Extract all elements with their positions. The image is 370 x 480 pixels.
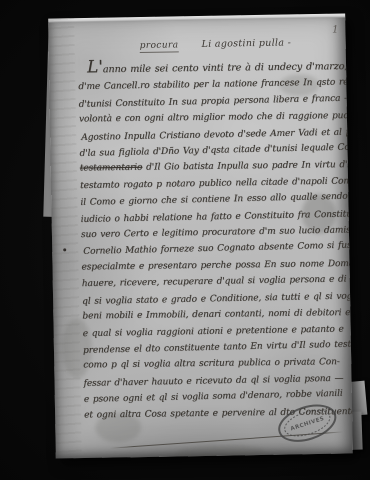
manuscript-line: L'anno mile sei cento vinti tre à di und… [78,56,344,79]
procura-label: procura [140,40,179,53]
page-number: 1 [332,25,339,36]
struck-word: testamentario [80,163,143,174]
header-title: Li agostini pulla - [201,37,291,50]
manuscript-page: 1 procura Li agostini pulla - L'anno mil… [48,13,353,458]
margin-bullet [63,248,66,251]
header: procura Li agostini pulla - [139,30,291,52]
manuscript-body: L'anno mile sei cento vinti tre à di und… [78,55,350,424]
paper-smudge [176,445,266,459]
line-rest: d'Il Gio batista Inpulla suo padre In vi… [142,160,353,173]
manuscript-scan: 1 procura Li agostini pulla - L'anno mil… [0,0,370,480]
stamp-center-text: ARCHIVES [290,416,325,433]
manuscript-line: especialmte e presentaro perche possa En… [81,256,347,276]
